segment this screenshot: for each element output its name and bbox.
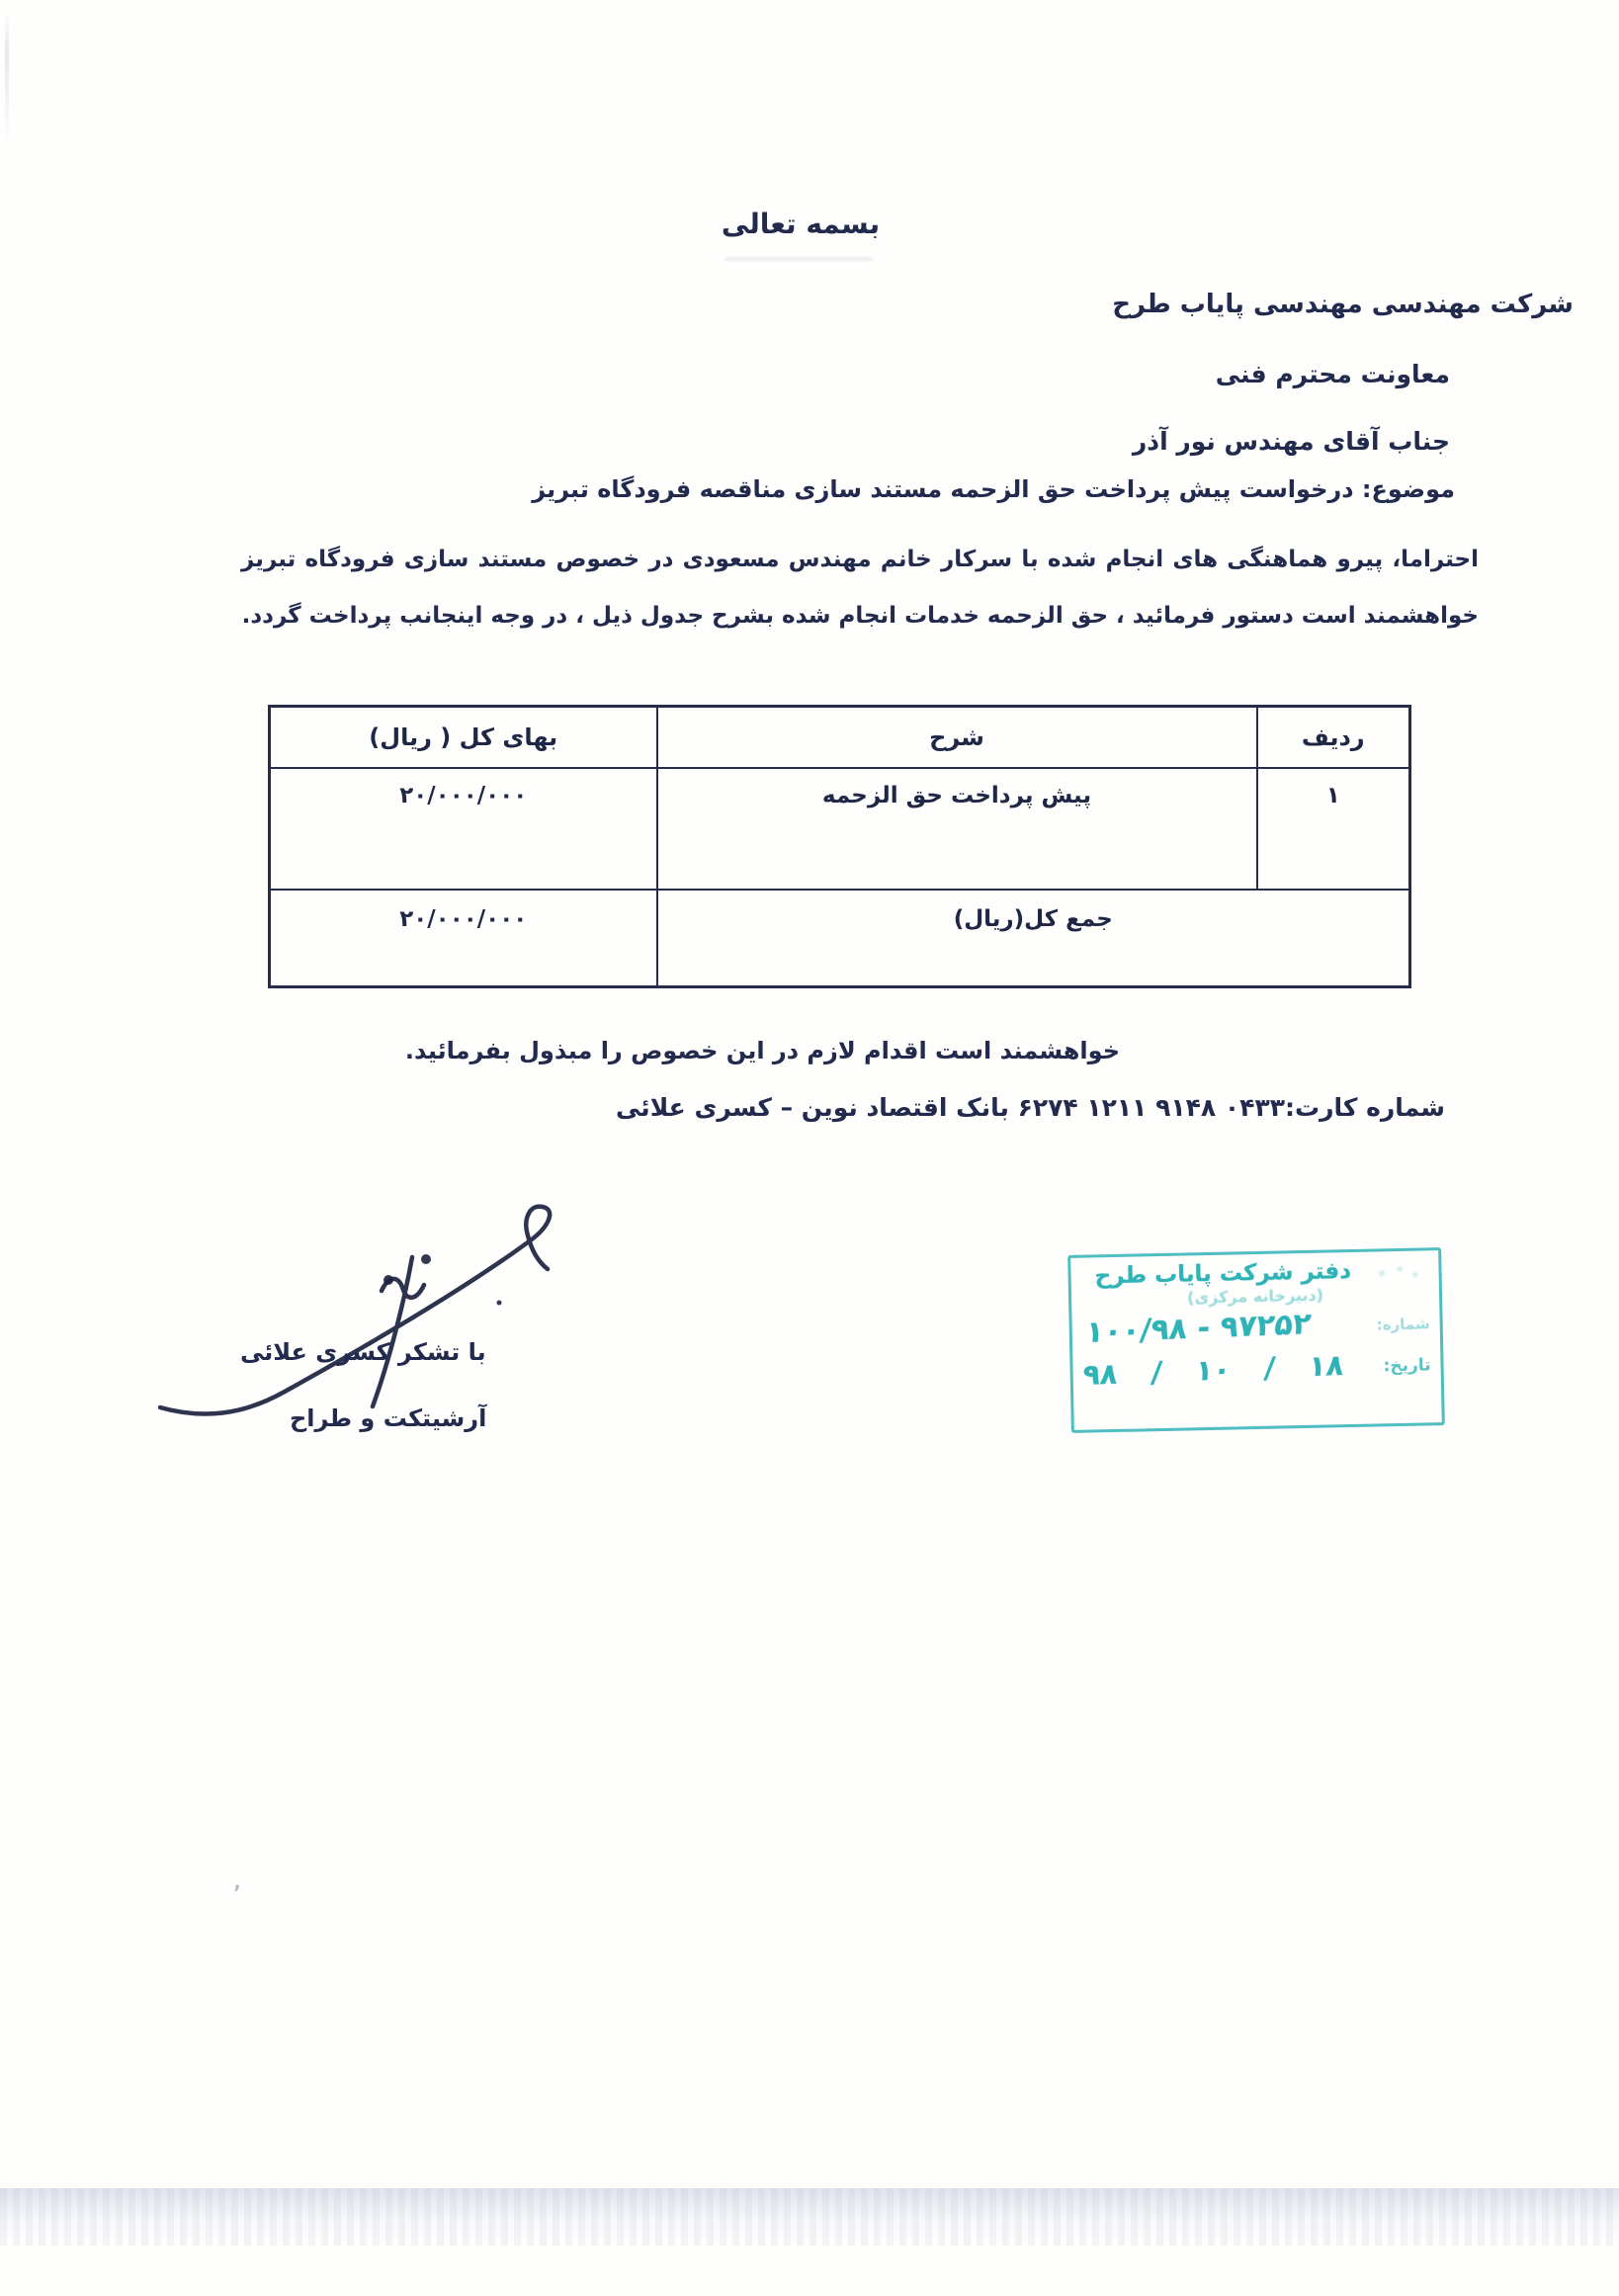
stamp-date-value: ۹۸ / ۱۰ / ۱۸ bbox=[1081, 1348, 1351, 1392]
cell-total-price: ۲۰/۰۰۰/۰۰۰ bbox=[270, 768, 657, 890]
bismillah-underline-smudge bbox=[724, 257, 873, 261]
card-number-line: شماره کارت:۰۴۳۳ ۹۱۴۸ ۱۲۱۱ ۶۲۷۴ بانک اقتص… bbox=[616, 1093, 1445, 1122]
recipient-company-line: شرکت مهندسی مهندسی پایاب طرح bbox=[1112, 290, 1574, 319]
recipient-deputy-line: معاونت محترم فنی bbox=[1216, 360, 1450, 388]
header-row-no: ردیف bbox=[1257, 707, 1410, 769]
stamp-faded-smudge bbox=[1371, 1262, 1422, 1283]
signature-stroke bbox=[128, 1198, 573, 1420]
scan-noise-band bbox=[0, 2188, 1619, 2246]
body-paragraph: احتراما، پیرو هماهنگی های انجام شده با س… bbox=[241, 532, 1479, 644]
office-stamp: دفتر شرکت پایاب طرح (دبیرخانه مرکزی) شما… bbox=[1067, 1247, 1445, 1433]
total-label-cell: جمع کل(ریال) bbox=[657, 890, 1410, 987]
signature-role: آرشیتکت و طراح bbox=[290, 1404, 486, 1432]
subject-line: موضوع: درخواست پیش پرداخت حق الزحمه مستن… bbox=[532, 475, 1455, 503]
recipient-person-line: جناب آقای مهندس نور آذر bbox=[1133, 427, 1450, 456]
stamp-number-value: ۱۰۰/۹۸ - ۹۷۲۵۲ bbox=[1084, 1306, 1352, 1350]
closing-line: خواهشمند است اقدام لازم در این خصوص را م… bbox=[405, 1037, 1120, 1064]
cell-description: پیش پرداخت حق الزحمه bbox=[657, 768, 1257, 890]
header-description: شرح bbox=[657, 707, 1257, 769]
scanned-letter-page: ‚ بسمه تعالی شرکت مهندسی مهندسی پایاب طر… bbox=[0, 0, 1619, 2296]
stamp-number-label: شماره: bbox=[1377, 1315, 1430, 1333]
table-row: ۱ پیش پرداخت حق الزحمه ۲۰/۰۰۰/۰۰۰ bbox=[270, 768, 1410, 890]
bismillah-title: بسمه تعالی bbox=[692, 208, 909, 240]
table-total-row: جمع کل(ریال) ۲۰/۰۰۰/۰۰۰ bbox=[270, 890, 1410, 987]
fee-table: ردیف شرح بهای کل ( ریال) ۱ پیش پرداخت حق… bbox=[268, 705, 1411, 988]
stray-ink-mark: ‚ bbox=[233, 1870, 241, 1894]
stamp-date-label: تاریخ: bbox=[1383, 1355, 1430, 1376]
total-value-cell: ۲۰/۰۰۰/۰۰۰ bbox=[270, 890, 657, 987]
cell-row-no: ۱ bbox=[1257, 768, 1410, 890]
header-total-price: بهای کل ( ریال) bbox=[270, 707, 657, 769]
table-header-row: ردیف شرح بهای کل ( ریال) bbox=[270, 707, 1410, 769]
scan-edge-smudge bbox=[5, 12, 9, 145]
signature-thanks: با تشکر کسری علائی bbox=[240, 1338, 486, 1366]
